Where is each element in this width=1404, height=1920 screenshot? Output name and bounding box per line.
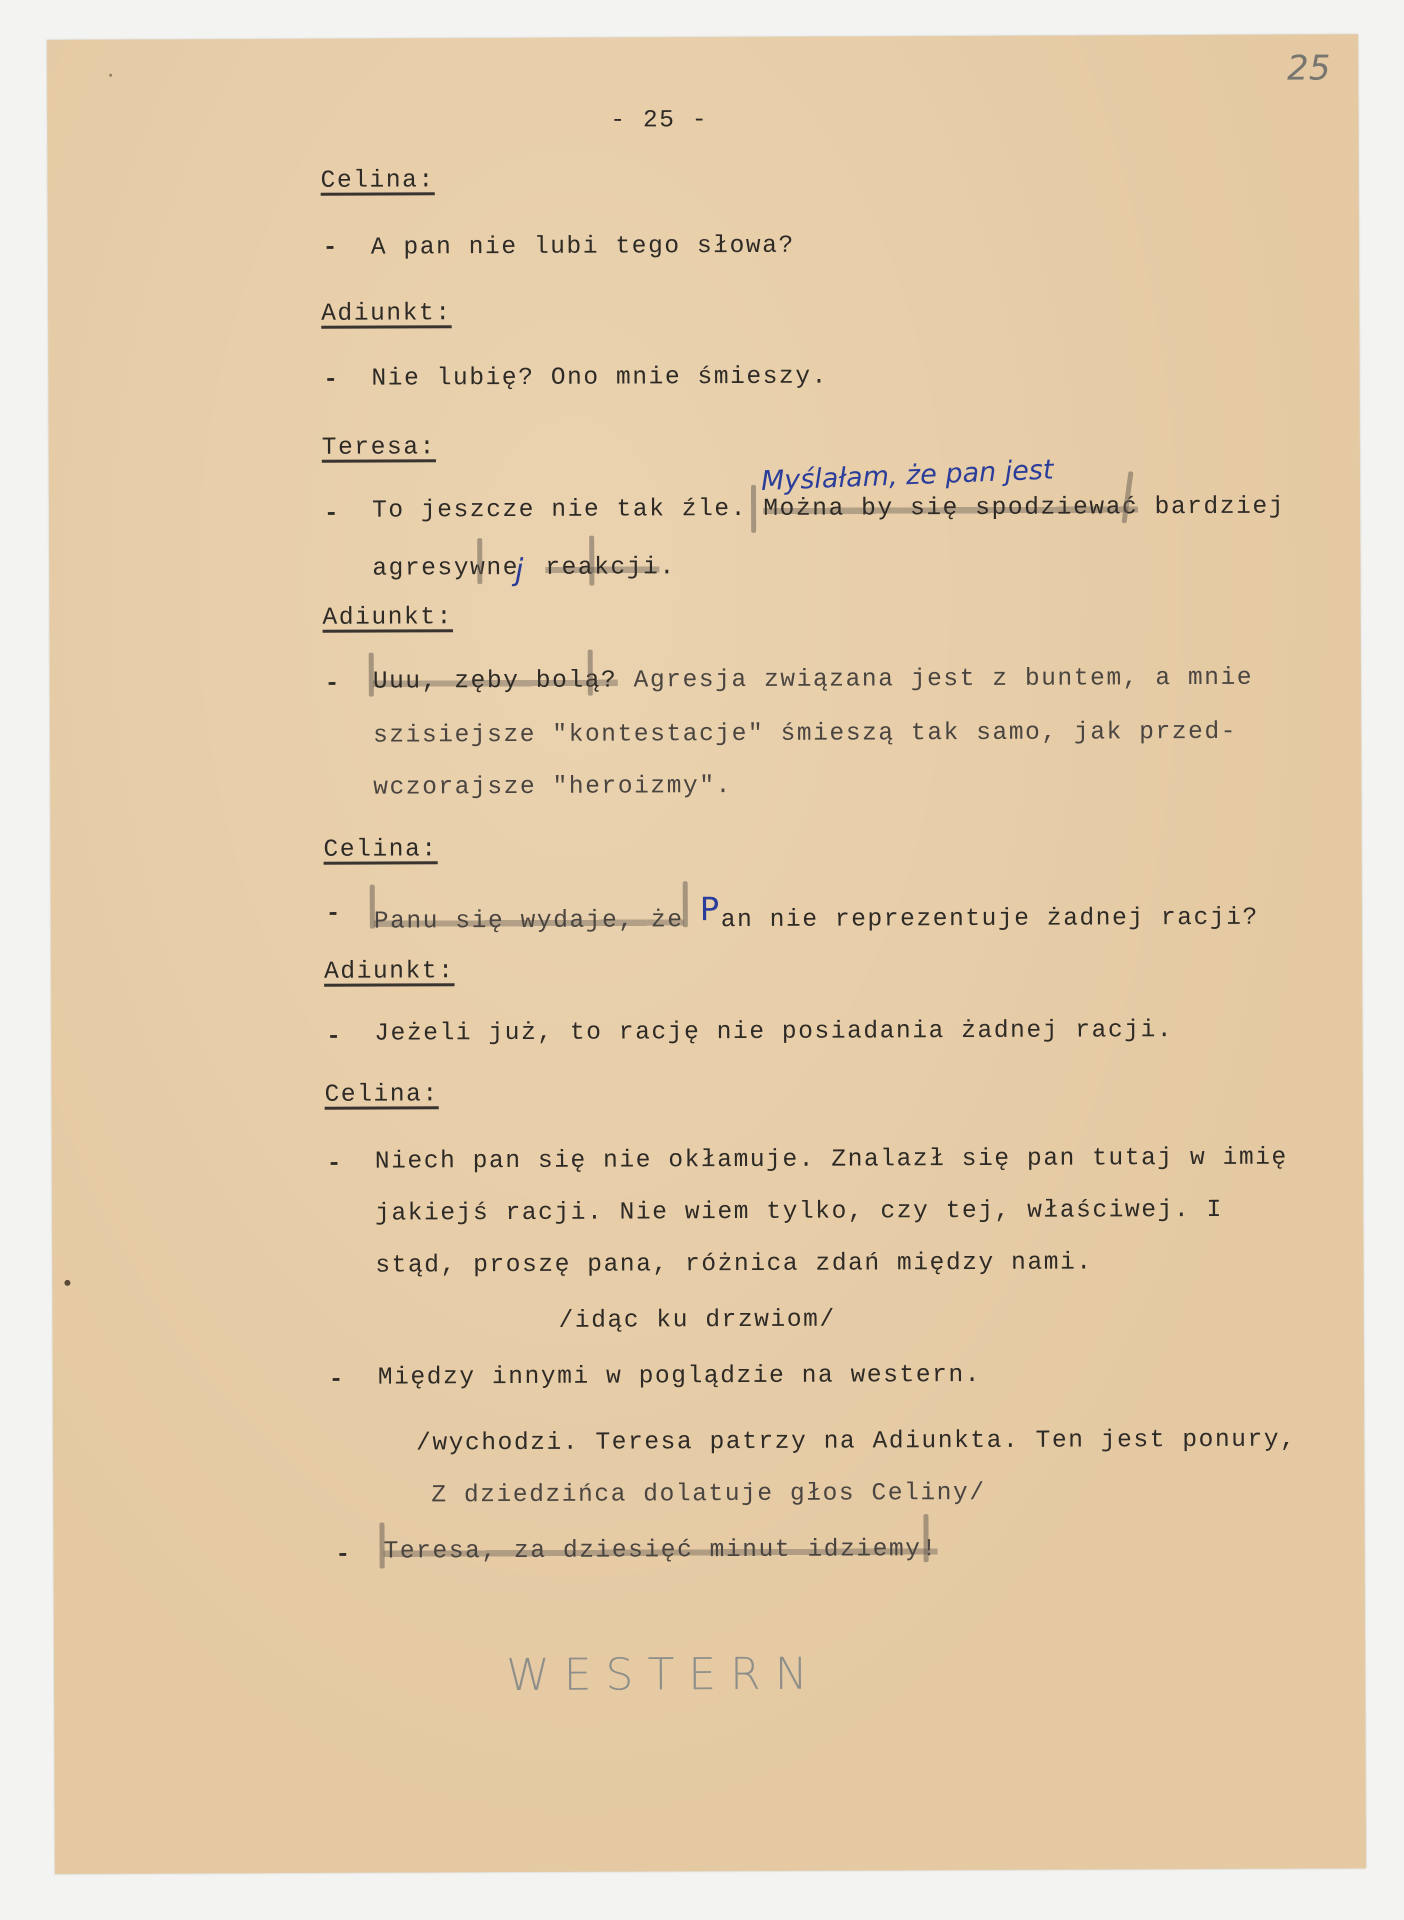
- dialogue-dash: -: [326, 1024, 341, 1051]
- deletion-mark: [370, 885, 375, 929]
- deletion-mark: [683, 881, 688, 927]
- handwritten-correction: P: [700, 890, 721, 928]
- handwritten-page-number: 25: [1287, 48, 1330, 88]
- dialogue-dash: -: [326, 901, 341, 928]
- dialogue-line: Nie lubię? Ono mnie śmieszy.: [371, 366, 828, 392]
- speaker-label: Adiunkt:: [321, 302, 452, 327]
- handwritten-insert: Myślałam, że pan jest: [760, 455, 1054, 497]
- text-segment: an nie reprezentuje żadnej racji?: [721, 905, 1259, 934]
- deletion-mark: [751, 485, 756, 533]
- dialogue-line: Między innymi w poglądzie na western.: [378, 1364, 981, 1391]
- stage-direction: Z dziedzińca dolatuje głos Celiny/: [431, 1482, 985, 1509]
- dialogue-dash: -: [324, 501, 339, 528]
- text-segment: To jeszcze nie tak źle.: [372, 496, 747, 525]
- deletion-mark: [588, 650, 593, 696]
- dialogue-line: agresywnej reakcji.: [372, 549, 676, 582]
- deletion-mark: [379, 1523, 384, 1569]
- deletion-mark: [477, 538, 482, 584]
- text-segment: .: [659, 554, 675, 581]
- dialogue-line: Uuu, zęby bolą? Agresja związana jest z …: [373, 667, 1253, 695]
- struck-text: Teresa, za dziesięć minut idziemy!: [384, 1536, 938, 1565]
- page-number: - 25 -: [610, 109, 708, 134]
- deletion-mark: [369, 653, 374, 697]
- dialogue-dash: -: [323, 235, 338, 262]
- dialogue-line: Niech pan się nie okłamuje. Znalazł się …: [375, 1147, 1288, 1175]
- dialogue-line: Panu się wydaje, że Pan nie reprezentuje…: [374, 897, 1259, 935]
- typewritten-page: 25 - 25 - Celina: - A pan nie lubi tego …: [47, 34, 1366, 1874]
- speaker-label: Adiunkt:: [324, 960, 455, 985]
- text-segment: agresywne: [372, 555, 519, 583]
- dialogue-line: wczorajsze "heroizmy".: [373, 775, 732, 801]
- dialogue-dash: -: [327, 1151, 342, 1178]
- dialogue-line: A pan nie lubi tego słowa?: [371, 235, 795, 261]
- stage-direction: /wychodzi. Teresa patrzy na Adiunkta. Te…: [416, 1429, 1296, 1457]
- stage-direction: /idąc ku drzwiom/: [559, 1309, 836, 1335]
- dialogue-dash: -: [336, 1542, 351, 1569]
- dialogue-line: stąd, proszę pana, różnica zdań między n…: [375, 1251, 1092, 1279]
- text-segment: Agresja związana jest z buntem, a mnie: [634, 665, 1254, 695]
- struck-text: reakcji: [545, 554, 659, 581]
- speaker-label: Celina:: [323, 838, 437, 863]
- dialogue-line: Teresa, za dziesięć minut idziemy!: [384, 1538, 938, 1565]
- dialogue-line: Jeżeli już, to rację nie posiadania żadn…: [374, 1019, 1173, 1047]
- pencil-note: WESTERN: [506, 1649, 822, 1701]
- dialogue-dash: -: [325, 671, 340, 698]
- struck-text: Uuu, zęby bolą?: [373, 668, 618, 696]
- struck-text: Panu się wydaje, że: [374, 907, 684, 935]
- dialogue-line: szisiejsze "kontestacje" śmieszą tak sam…: [373, 721, 1237, 749]
- speaker-label: Celina:: [325, 1083, 439, 1108]
- dialogue-line: To jeszcze nie tak źle. Można by się spo…: [372, 496, 1285, 524]
- dialogue-dash: -: [323, 367, 338, 394]
- paper-speck: [64, 1280, 70, 1286]
- speaker-label: Celina:: [321, 169, 435, 194]
- dialogue-dash: -: [329, 1367, 344, 1394]
- dialogue-line: jakiejś racji. Nie wiem tylko, czy tej, …: [375, 1199, 1223, 1227]
- paper-speck: [109, 74, 112, 77]
- deletion-mark: [589, 536, 594, 586]
- deletion-mark: [923, 1514, 928, 1562]
- handwritten-correction: j: [515, 553, 525, 588]
- struck-text: Można by się spodziewać: [763, 494, 1138, 523]
- speaker-label: Teresa:: [322, 436, 436, 461]
- text-segment: bardziej: [1155, 494, 1286, 522]
- speaker-label: Adiunkt:: [322, 606, 453, 631]
